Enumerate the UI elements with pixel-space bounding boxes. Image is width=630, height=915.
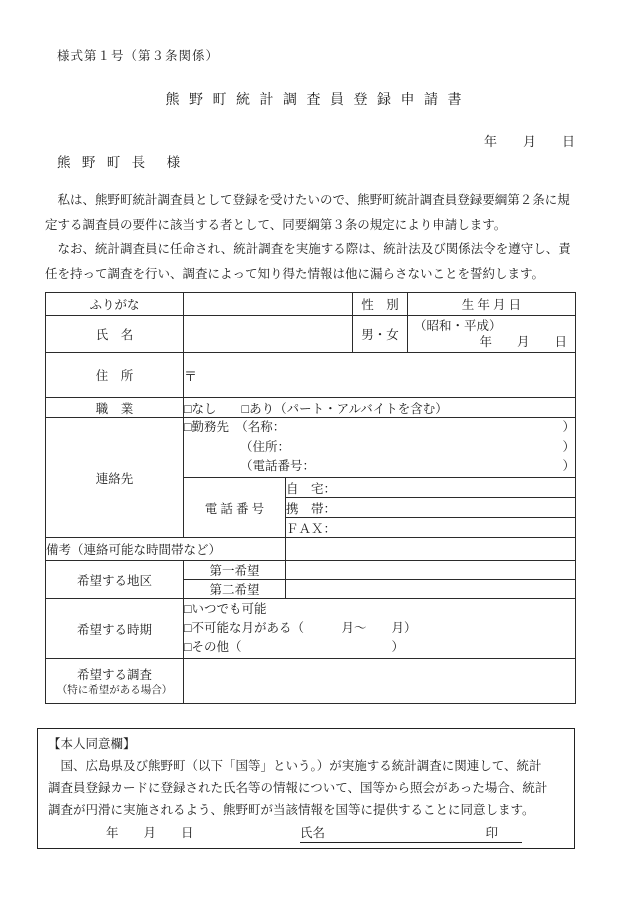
table-row-remarks: 備考（連絡可能な時間帯など） (46, 538, 576, 561)
table-row-occupation: 職 業 □なし □あり（パート・アルバイトを含む） (46, 398, 576, 418)
second-choice-input-cell (286, 580, 576, 599)
period-option-other: □その他（ ） (184, 638, 575, 657)
table-row-period: 希望する時期 □いつでも可能 □不可能な月がある（ 月～ 月） □その他（ ） (46, 599, 576, 659)
period-option-unavailable-months: □不可能な月がある（ 月～ 月） (184, 619, 575, 638)
contact-label: 連絡先 (46, 418, 184, 538)
workplace-fields: □勤務先 （名称： ） （住所： ） （電話番号： ） (184, 418, 576, 478)
furigana-label: ふりがな (46, 293, 184, 316)
preferred-survey-note: （特に希望がある場合） (46, 683, 183, 698)
address-input-cell: 〒 (184, 353, 576, 398)
name-label: 氏 名 (46, 316, 184, 353)
birthdate-header: 生 年 月 日 (408, 293, 576, 316)
table-row-furigana: ふりがな 性 別 生 年 月 日 (46, 293, 576, 316)
first-choice-label: 第一希望 (184, 561, 286, 580)
paren-close: ） (562, 457, 575, 477)
consent-paragraph: 国、広島県及び熊野町（以下「国等」という。）が実施する統計調査に関連して、統計 … (48, 755, 568, 821)
consent-line: 国、広島県及び熊野町（以下「国等」という。）が実施する統計調査に関連して、統計 (48, 755, 568, 777)
signature-line: 氏名 印 (300, 823, 522, 843)
furigana-input-cell (184, 293, 353, 316)
workplace-phone-label: （電話番号： (240, 457, 315, 477)
second-choice-label: 第二希望 (184, 580, 286, 599)
birth-era-options: （昭和・平成） (408, 317, 575, 334)
declaration-paragraph: 私は、熊野町統計調査員として登録を受けたいので、熊野町統計調査員登録要綱第２条に… (45, 188, 585, 286)
consent-line: 調査員登録カードに登録された氏名等の情報について、国等から照会があった場合、統計 (48, 777, 568, 799)
table-row-area-first: 希望する地区 第一希望 (46, 561, 576, 580)
birthdate-input-cell: （昭和・平成） 年 月 日 (408, 316, 576, 353)
application-form-page: 様式第１号（第３条関係） 熊 野 町 統 計 調 査 員 登 録 申 請 書 年… (0, 0, 630, 915)
name-input-cell (184, 316, 353, 353)
addressee-mayor: 熊 野 町 長 様 (57, 151, 184, 171)
workplace-phone-line: （電話番号： ） (184, 457, 575, 477)
table-row-contact-work: 連絡先 □勤務先 （名称： ） （住所： ） （電話番号： ） (46, 418, 576, 478)
preferred-survey-label: 希望する調査 （特に希望がある場合） (46, 659, 184, 704)
period-checkboxes: □いつでも可能 □不可能な月がある（ 月～ 月） □その他（ ） (184, 599, 576, 659)
remarks-input-cell (286, 538, 576, 561)
seal-label: 印 (485, 823, 498, 841)
workplace-address-label: （住所： (240, 438, 290, 458)
occupation-label: 職 業 (46, 398, 184, 418)
preferred-area-label: 希望する地区 (46, 561, 184, 599)
preferred-period-label: 希望する時期 (46, 599, 184, 659)
paren-close: ） (562, 418, 575, 438)
consent-section: 【本人同意欄】 国、広島県及び熊野町（以下「国等」という。）が実施する統計調査に… (37, 728, 575, 849)
sex-header: 性 別 (353, 293, 408, 316)
phone-mobile-cell: 携 帯： (286, 498, 576, 518)
workplace-name-label: □勤務先 （名称： (184, 418, 285, 438)
postal-mark-icon: 〒 (184, 369, 197, 384)
preferred-survey-input-cell (184, 659, 576, 704)
declaration-line: 定する調査員の要件に該当する者として、同要綱第３条の規定により申請します。 (45, 213, 585, 238)
application-date-line: 年 月 日 (484, 131, 575, 150)
signature-name-label: 氏名 (300, 823, 325, 841)
birth-date-fields: 年 月 日 (408, 334, 575, 351)
consent-date-fields: 年 月 日 (106, 823, 194, 841)
consent-line: 調査が円滑に実施されるよう、熊野町が当該情報を国等に提供することに同意します。 (48, 799, 568, 821)
phone-fax-cell: ＦＡＸ： (286, 518, 576, 538)
document-title: 熊 野 町 統 計 調 査 員 登 録 申 請 書 (0, 89, 630, 109)
address-label: 住 所 (46, 353, 184, 398)
occupation-checkboxes: □なし □あり（パート・アルバイトを含む） (184, 398, 576, 418)
table-row-survey: 希望する調査 （特に希望がある場合） (46, 659, 576, 704)
consent-signature-row: 年 月 日 氏名 印 (38, 823, 576, 843)
sex-value: 男・女 (353, 316, 408, 353)
paren-close: ） (562, 438, 575, 458)
phone-number-label: 電 話 番 号 (184, 478, 286, 538)
consent-heading: 【本人同意欄】 (48, 734, 136, 752)
period-option-anytime: □いつでも可能 (184, 600, 575, 619)
remarks-label: 備考（連絡可能な時間帯など） (46, 538, 286, 561)
phone-home-cell: 自 宅： (286, 478, 576, 498)
workplace-address-line: （住所： ） (184, 438, 575, 458)
form-number: 様式第１号（第３条関係） (57, 46, 219, 64)
declaration-line: 任を持って調査を行い、調査によって知り得た情報は他に漏らさないことを誓約します。 (45, 262, 585, 287)
applicant-info-table: ふりがな 性 別 生 年 月 日 氏 名 男・女 （昭和・平成） 年 月 日 住… (45, 292, 576, 704)
declaration-line: 私は、熊野町統計調査員として登録を受けたいので、熊野町統計調査員登録要綱第２条に… (45, 188, 585, 213)
first-choice-input-cell (286, 561, 576, 580)
preferred-survey-title: 希望する調査 (46, 665, 183, 683)
workplace-name-line: □勤務先 （名称： ） (184, 418, 575, 438)
table-row-address: 住 所 〒 (46, 353, 576, 398)
declaration-line: なお、統計調査員に任命され、統計調査を実施する際は、統計法及び関係法令を遵守し、… (45, 237, 585, 262)
table-row-name: 氏 名 男・女 （昭和・平成） 年 月 日 (46, 316, 576, 353)
